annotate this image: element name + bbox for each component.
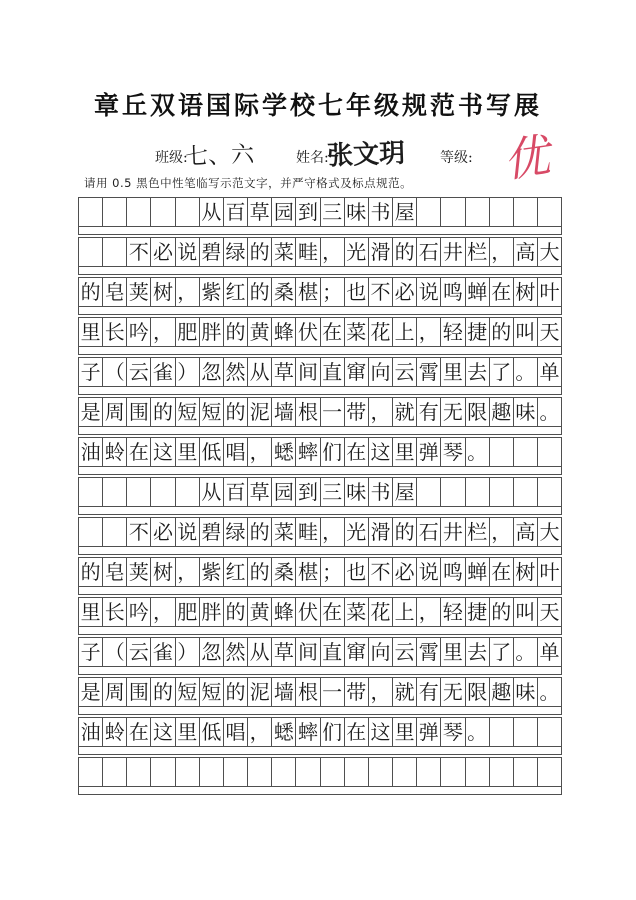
grid-cell: ） bbox=[175, 638, 199, 666]
grid-cell: 滑 bbox=[368, 518, 392, 546]
grid-cell: 里 bbox=[79, 598, 102, 626]
grid-cell bbox=[489, 718, 513, 746]
grid-cell: 园 bbox=[271, 478, 295, 506]
grid-cell: 屋 bbox=[392, 478, 416, 506]
grid-cell: 大 bbox=[537, 238, 561, 266]
grid-cell: 胖 bbox=[199, 598, 223, 626]
grid-cell: 的 bbox=[79, 278, 102, 306]
grid-cell: 三 bbox=[320, 198, 344, 226]
grid-cell: ， bbox=[368, 398, 392, 426]
grid-spacer-band bbox=[78, 347, 562, 355]
grid-cell: 云 bbox=[392, 358, 416, 386]
grid-cell bbox=[513, 718, 537, 746]
grid-cell: 皂 bbox=[102, 278, 126, 306]
grid-cell: 在 bbox=[320, 598, 344, 626]
grid-cell: 里 bbox=[79, 318, 102, 346]
grid-cell: 限 bbox=[465, 678, 489, 706]
grid-cell: 带 bbox=[344, 678, 368, 706]
grid-cell bbox=[440, 758, 464, 786]
grid-cell: 直 bbox=[320, 358, 344, 386]
grid-cell: 也 bbox=[344, 278, 368, 306]
grid-cell bbox=[295, 758, 319, 786]
grid-cell: 趣 bbox=[489, 678, 513, 706]
grid-cell: 蟋 bbox=[271, 438, 295, 466]
scanned-writing-sheet: 章丘双语国际学校七年级规范书写展 班级: 七、六 姓名: 张文玥 等级: 优 请… bbox=[0, 0, 636, 900]
grid-cell: 短 bbox=[175, 678, 199, 706]
grid-row: 的皂荚树，紫红的桑椹；也不必说鸣蝉在树叶 bbox=[78, 557, 562, 587]
grid-cell: 菜 bbox=[344, 318, 368, 346]
grid-cell: 椹 bbox=[295, 558, 319, 586]
grid-cell: 子 bbox=[79, 358, 102, 386]
grid-cell: 的 bbox=[223, 318, 247, 346]
grid-cell: 的 bbox=[247, 238, 271, 266]
grid-cell: 油 bbox=[79, 438, 102, 466]
grid-spacer-band bbox=[78, 707, 562, 715]
grid-cell: 不 bbox=[126, 518, 150, 546]
grid-cell: 墙 bbox=[271, 398, 295, 426]
grid-cell: 然 bbox=[223, 358, 247, 386]
grid-cell bbox=[175, 198, 199, 226]
grid-cell: 荚 bbox=[126, 278, 150, 306]
grid-unit: 油蛉在这里低唱，蟋蟀们在这里弹琴。 bbox=[78, 717, 562, 755]
grid-cell: 百 bbox=[223, 478, 247, 506]
grid-cell: 间 bbox=[295, 638, 319, 666]
grid-cell: ， bbox=[489, 518, 513, 546]
grid-cell: 忽 bbox=[199, 638, 223, 666]
grid-cell: 味 bbox=[344, 478, 368, 506]
grid-cell: 在 bbox=[489, 558, 513, 586]
grid-cell: 弹 bbox=[416, 718, 440, 746]
grid-cell: 。 bbox=[513, 358, 537, 386]
grid-unit: 里长吟，肥胖的黄蜂伏在菜花上，轻捷的叫天 bbox=[78, 597, 562, 635]
grid-cell: 低 bbox=[199, 718, 223, 746]
grid-cell: 天 bbox=[537, 318, 561, 346]
grid-cell: 捷 bbox=[465, 318, 489, 346]
grid-spacer-band bbox=[78, 227, 562, 235]
grid-cell: 泥 bbox=[247, 678, 271, 706]
grid-cell: 就 bbox=[392, 398, 416, 426]
grid-cell: 雀 bbox=[150, 358, 174, 386]
grid-cell: （ bbox=[102, 358, 126, 386]
grid-unit: 是周围的短短的泥墙根一带，就有无限趣味。 bbox=[78, 397, 562, 435]
grid-cell: 这 bbox=[150, 438, 174, 466]
grid-cell bbox=[465, 198, 489, 226]
grid-unit: 不必说碧绿的菜畦，光滑的石井栏，高大 bbox=[78, 237, 562, 275]
grid-cell: ， bbox=[489, 238, 513, 266]
grid-cell: 说 bbox=[175, 238, 199, 266]
grid-unit: 从百草园到三味书屋 bbox=[78, 197, 562, 235]
grade-label: 等级: bbox=[440, 147, 473, 167]
grid-cell bbox=[126, 758, 150, 786]
grid-cell: 单 bbox=[537, 638, 561, 666]
grid-cell: 然 bbox=[223, 638, 247, 666]
grid-cell: ， bbox=[175, 278, 199, 306]
grid-cell: ， bbox=[247, 438, 271, 466]
grid-cell bbox=[175, 478, 199, 506]
grid-cell: 大 bbox=[537, 518, 561, 546]
grid-cell: 上 bbox=[392, 318, 416, 346]
class-value: 七、六 bbox=[184, 136, 254, 171]
grid-cell: 味 bbox=[513, 398, 537, 426]
page-title: 章丘双语国际学校七年级规范书写展 bbox=[0, 86, 636, 122]
grid-cell: 轻 bbox=[440, 318, 464, 346]
grid-unit: 是周围的短短的泥墙根一带，就有无限趣味。 bbox=[78, 677, 562, 715]
grid-cell: 石 bbox=[416, 238, 440, 266]
grid-cell bbox=[79, 478, 102, 506]
grid-cell: 黄 bbox=[247, 318, 271, 346]
grid-cell: 的 bbox=[489, 598, 513, 626]
grid-cell bbox=[489, 438, 513, 466]
grid-cell: ； bbox=[320, 278, 344, 306]
grid-cell: 百 bbox=[223, 198, 247, 226]
grid-cell: 了 bbox=[489, 638, 513, 666]
grid-cell: 菜 bbox=[344, 598, 368, 626]
grid-cell: 到 bbox=[295, 198, 319, 226]
grid-row: 的皂荚树，紫红的桑椹；也不必说鸣蝉在树叶 bbox=[78, 277, 562, 307]
grid-cell: 们 bbox=[320, 438, 344, 466]
grid-cell: 从 bbox=[247, 358, 271, 386]
grid-cell: 向 bbox=[368, 638, 392, 666]
grid-cell bbox=[465, 478, 489, 506]
grid-cell: 上 bbox=[392, 598, 416, 626]
grid-cell bbox=[537, 198, 561, 226]
grid-cell: 胖 bbox=[199, 318, 223, 346]
grid-cell: 绿 bbox=[223, 518, 247, 546]
grid-cell: 忽 bbox=[199, 358, 223, 386]
grid-cell: 限 bbox=[465, 398, 489, 426]
grid-unit: 的皂荚树，紫红的桑椹；也不必说鸣蝉在树叶 bbox=[78, 557, 562, 595]
grid-row: 是周围的短短的泥墙根一带，就有无限趣味。 bbox=[78, 677, 562, 707]
grid-cell: 井 bbox=[440, 518, 464, 546]
grid-cell: 园 bbox=[271, 198, 295, 226]
grid-cell: 叫 bbox=[513, 318, 537, 346]
grid-cell bbox=[513, 478, 537, 506]
grid-cell: 有 bbox=[416, 398, 440, 426]
grid-cell: 高 bbox=[513, 518, 537, 546]
grid-cell: 蝉 bbox=[465, 558, 489, 586]
grid-cell: 鸣 bbox=[440, 278, 464, 306]
grid-cell: 必 bbox=[150, 238, 174, 266]
grid-cell: 绿 bbox=[223, 238, 247, 266]
grid-cell: 书 bbox=[368, 478, 392, 506]
grid-cell: ， bbox=[150, 598, 174, 626]
grid-cell: 带 bbox=[344, 398, 368, 426]
grid-cell: 井 bbox=[440, 238, 464, 266]
grid-cell: 在 bbox=[126, 718, 150, 746]
grid-cell: 碧 bbox=[199, 238, 223, 266]
grid-cell: ） bbox=[175, 358, 199, 386]
grid-row: 油蛉在这里低唱，蟋蟀们在这里弹琴。 bbox=[78, 717, 562, 747]
name-label: 姓名: bbox=[296, 147, 329, 167]
grid-unit: 子（云雀）忽然从草间直窜向云霄里去了。单 bbox=[78, 357, 562, 395]
grid-cell bbox=[440, 478, 464, 506]
grid-spacer-band bbox=[78, 507, 562, 515]
grid-cell: 的 bbox=[150, 678, 174, 706]
grid-cell: 这 bbox=[150, 718, 174, 746]
grid-spacer-band bbox=[78, 467, 562, 475]
grid-cell: 里 bbox=[175, 438, 199, 466]
grid-cell bbox=[175, 758, 199, 786]
grid-cell: 的 bbox=[489, 318, 513, 346]
grid-cell: 在 bbox=[126, 438, 150, 466]
grid-cell: 一 bbox=[320, 678, 344, 706]
grid-row: 从百草园到三味书屋 bbox=[78, 197, 562, 227]
grid-cell: 周 bbox=[102, 678, 126, 706]
grid-cell: 云 bbox=[126, 638, 150, 666]
grid-cell: 唱 bbox=[223, 438, 247, 466]
grid-cell: ， bbox=[150, 318, 174, 346]
grid-cell: 轻 bbox=[440, 598, 464, 626]
grid-cell: 蜂 bbox=[271, 318, 295, 346]
grid-cell: ， bbox=[416, 598, 440, 626]
grid-unit: 从百草园到三味书屋 bbox=[78, 477, 562, 515]
grid-cell: 的 bbox=[223, 678, 247, 706]
grid-cell: 的 bbox=[247, 278, 271, 306]
grid-spacer-band bbox=[78, 427, 562, 435]
grid-cell bbox=[537, 718, 561, 746]
grid-cell: 窜 bbox=[344, 358, 368, 386]
grid-cell: 石 bbox=[416, 518, 440, 546]
grid-cell bbox=[416, 478, 440, 506]
grid-cell: ， bbox=[320, 238, 344, 266]
grid-unit bbox=[78, 757, 562, 795]
grid-row: 从百草园到三味书屋 bbox=[78, 477, 562, 507]
grid-cell: 是 bbox=[79, 678, 102, 706]
grid-cell: 不 bbox=[368, 278, 392, 306]
grid-cell: 说 bbox=[175, 518, 199, 546]
grid-cell: 蜂 bbox=[271, 598, 295, 626]
grid-cell bbox=[368, 758, 392, 786]
grid-cell: 短 bbox=[199, 678, 223, 706]
grid-cell: 了 bbox=[489, 358, 513, 386]
grid-cell: 间 bbox=[295, 358, 319, 386]
grid-cell: 这 bbox=[368, 438, 392, 466]
grid-cell bbox=[416, 758, 440, 786]
grid-cell: 红 bbox=[223, 558, 247, 586]
grid-cell: 伏 bbox=[295, 318, 319, 346]
grid-cell bbox=[150, 478, 174, 506]
grid-cell: 。 bbox=[513, 638, 537, 666]
grid-cell bbox=[440, 198, 464, 226]
grid-cell: 云 bbox=[392, 638, 416, 666]
grid-cell bbox=[537, 758, 561, 786]
grid-cell bbox=[126, 478, 150, 506]
grid-row: 油蛉在这里低唱，蟋蟀们在这里弹琴。 bbox=[78, 437, 562, 467]
grid-unit: 里长吟，肥胖的黄蜂伏在菜花上，轻捷的叫天 bbox=[78, 317, 562, 355]
grid-cell: 吟 bbox=[126, 598, 150, 626]
grid-cell: （ bbox=[102, 638, 126, 666]
grid-cell bbox=[271, 758, 295, 786]
grid-cell: 油 bbox=[79, 718, 102, 746]
grid-cell: 是 bbox=[79, 398, 102, 426]
grid-cell bbox=[320, 758, 344, 786]
grid-cell bbox=[513, 438, 537, 466]
grid-cell bbox=[537, 438, 561, 466]
grid-spacer-band bbox=[78, 547, 562, 555]
grid-cell bbox=[150, 198, 174, 226]
grid-cell: 在 bbox=[320, 318, 344, 346]
grid-cell: 光 bbox=[344, 238, 368, 266]
grid-cell bbox=[102, 478, 126, 506]
grid-cell: 必 bbox=[150, 518, 174, 546]
grid-cell: 树 bbox=[513, 278, 537, 306]
grid-spacer-band bbox=[78, 387, 562, 395]
grid-cell bbox=[416, 198, 440, 226]
grid-cell: 树 bbox=[150, 558, 174, 586]
grid-cell: 菜 bbox=[271, 238, 295, 266]
grid-cell: 高 bbox=[513, 238, 537, 266]
grid-cell: ， bbox=[247, 718, 271, 746]
class-label: 班级: bbox=[155, 147, 188, 167]
grid-cell: 草 bbox=[247, 478, 271, 506]
grid-cell: 泥 bbox=[247, 398, 271, 426]
grid-cell: 。 bbox=[465, 718, 489, 746]
grid-cell: 子 bbox=[79, 638, 102, 666]
grid-row: 是周围的短短的泥墙根一带，就有无限趣味。 bbox=[78, 397, 562, 427]
grid-cell bbox=[79, 238, 102, 266]
grid-cell: 书 bbox=[368, 198, 392, 226]
grid-cell: 从 bbox=[199, 198, 223, 226]
grid-cell: 里 bbox=[175, 718, 199, 746]
grid-row: 里长吟，肥胖的黄蜂伏在菜花上，轻捷的叫天 bbox=[78, 597, 562, 627]
grid-cell: 的 bbox=[247, 558, 271, 586]
grid-cell: ， bbox=[416, 318, 440, 346]
grid-cell: 椹 bbox=[295, 278, 319, 306]
grid-row: 子（云雀）忽然从草间直窜向云霄里去了。单 bbox=[78, 357, 562, 387]
grid-cell: 红 bbox=[223, 278, 247, 306]
grid-unit: 的皂荚树，紫红的桑椹；也不必说鸣蝉在树叶 bbox=[78, 277, 562, 315]
grid-cell: 肥 bbox=[175, 598, 199, 626]
grid-cell: 树 bbox=[150, 278, 174, 306]
grid-spacer-band bbox=[78, 307, 562, 315]
grid-cell: 从 bbox=[247, 638, 271, 666]
grid-cell: 桑 bbox=[271, 278, 295, 306]
grid-cell: 蛉 bbox=[102, 438, 126, 466]
grid-cell: 皂 bbox=[102, 558, 126, 586]
grid-cell: 蛉 bbox=[102, 718, 126, 746]
grid-cell: ； bbox=[320, 558, 344, 586]
grid-cell: 墙 bbox=[271, 678, 295, 706]
grid-cell: 光 bbox=[344, 518, 368, 546]
grid-cell bbox=[102, 758, 126, 786]
grid-cell: 的 bbox=[223, 398, 247, 426]
grid-cell: 必 bbox=[392, 278, 416, 306]
grid-cell: 滑 bbox=[368, 238, 392, 266]
grid-cell: 这 bbox=[368, 718, 392, 746]
grid-cell bbox=[102, 238, 126, 266]
grid-cell: 从 bbox=[199, 478, 223, 506]
grid-cell: 碧 bbox=[199, 518, 223, 546]
grid-cell: 叫 bbox=[513, 598, 537, 626]
grid-cell: 必 bbox=[392, 558, 416, 586]
grid-cell: 里 bbox=[392, 438, 416, 466]
grid-cell: 趣 bbox=[489, 398, 513, 426]
grid-cell: 云 bbox=[126, 358, 150, 386]
grid-cell: 无 bbox=[440, 398, 464, 426]
grid-cell: 吟 bbox=[126, 318, 150, 346]
grid-cell: 紫 bbox=[199, 558, 223, 586]
grid-cell: 蟀 bbox=[295, 438, 319, 466]
grid-spacer-band bbox=[78, 667, 562, 675]
grid-cell: 叶 bbox=[537, 278, 561, 306]
grid-cell: 的 bbox=[247, 518, 271, 546]
grid-cell bbox=[513, 198, 537, 226]
grid-cell: 窜 bbox=[344, 638, 368, 666]
grid-cell: 短 bbox=[175, 398, 199, 426]
grid-cell: 周 bbox=[102, 398, 126, 426]
grid-cell: 围 bbox=[126, 678, 150, 706]
grid-cell: 叶 bbox=[537, 558, 561, 586]
grid-cell: 单 bbox=[537, 358, 561, 386]
grid-cell: 低 bbox=[199, 438, 223, 466]
grid-cell: 的 bbox=[392, 238, 416, 266]
grid-row bbox=[78, 757, 562, 787]
grid-cell: 也 bbox=[344, 558, 368, 586]
grid-cell: 草 bbox=[271, 358, 295, 386]
grid-cell: 向 bbox=[368, 358, 392, 386]
grid-spacer-band bbox=[78, 587, 562, 595]
grid-cell: 的 bbox=[392, 518, 416, 546]
grid-cell: 草 bbox=[271, 638, 295, 666]
grid-cell: 鸣 bbox=[440, 558, 464, 586]
grid-row: 不必说碧绿的菜畦，光滑的石井栏，高大 bbox=[78, 237, 562, 267]
grid-cell: 说 bbox=[416, 278, 440, 306]
grid-cell bbox=[199, 758, 223, 786]
grid-cell bbox=[513, 758, 537, 786]
grid-spacer-band bbox=[78, 627, 562, 635]
grid-cell: 的 bbox=[223, 598, 247, 626]
grid-cell: 花 bbox=[368, 318, 392, 346]
grid-cell: 有 bbox=[416, 678, 440, 706]
grid-cell: 桑 bbox=[271, 558, 295, 586]
grid-cell: 说 bbox=[416, 558, 440, 586]
grid-cell: 蟀 bbox=[295, 718, 319, 746]
grid-cell: 琴 bbox=[440, 718, 464, 746]
grid-cell: 霄 bbox=[416, 358, 440, 386]
grid-cell: 。 bbox=[537, 678, 561, 706]
grid-cell: 里 bbox=[440, 358, 464, 386]
grid-row: 不必说碧绿的菜畦，光滑的石井栏，高大 bbox=[78, 517, 562, 547]
grid-cell: 菜 bbox=[271, 518, 295, 546]
grid-cell: 到 bbox=[295, 478, 319, 506]
grid-cell: 无 bbox=[440, 678, 464, 706]
grid-cell: 天 bbox=[537, 598, 561, 626]
grid-cell: 的 bbox=[79, 558, 102, 586]
grid-cell bbox=[79, 758, 102, 786]
grid-cell: 花 bbox=[368, 598, 392, 626]
grid-cell: 蝉 bbox=[465, 278, 489, 306]
grid-row: 子（云雀）忽然从草间直窜向云霄里去了。单 bbox=[78, 637, 562, 667]
grid-cell: 畦 bbox=[295, 518, 319, 546]
grid-cell bbox=[465, 758, 489, 786]
grid-cell: 唱 bbox=[223, 718, 247, 746]
grid-cell bbox=[150, 758, 174, 786]
grid-cell: 们 bbox=[320, 718, 344, 746]
grid-cell: 一 bbox=[320, 398, 344, 426]
grid-cell: 根 bbox=[295, 398, 319, 426]
name-value: 张文玥 bbox=[326, 133, 405, 173]
grid-cell: 黄 bbox=[247, 598, 271, 626]
grid-cell: 长 bbox=[102, 598, 126, 626]
grid-cell: 琴 bbox=[440, 438, 464, 466]
grid-cell: 栏 bbox=[465, 238, 489, 266]
grid-cell: 味 bbox=[344, 198, 368, 226]
grid-cell: ， bbox=[175, 558, 199, 586]
grid-cell: 就 bbox=[392, 678, 416, 706]
grid-cell: 紫 bbox=[199, 278, 223, 306]
grid-cell: ， bbox=[368, 678, 392, 706]
grid-cell: 根 bbox=[295, 678, 319, 706]
